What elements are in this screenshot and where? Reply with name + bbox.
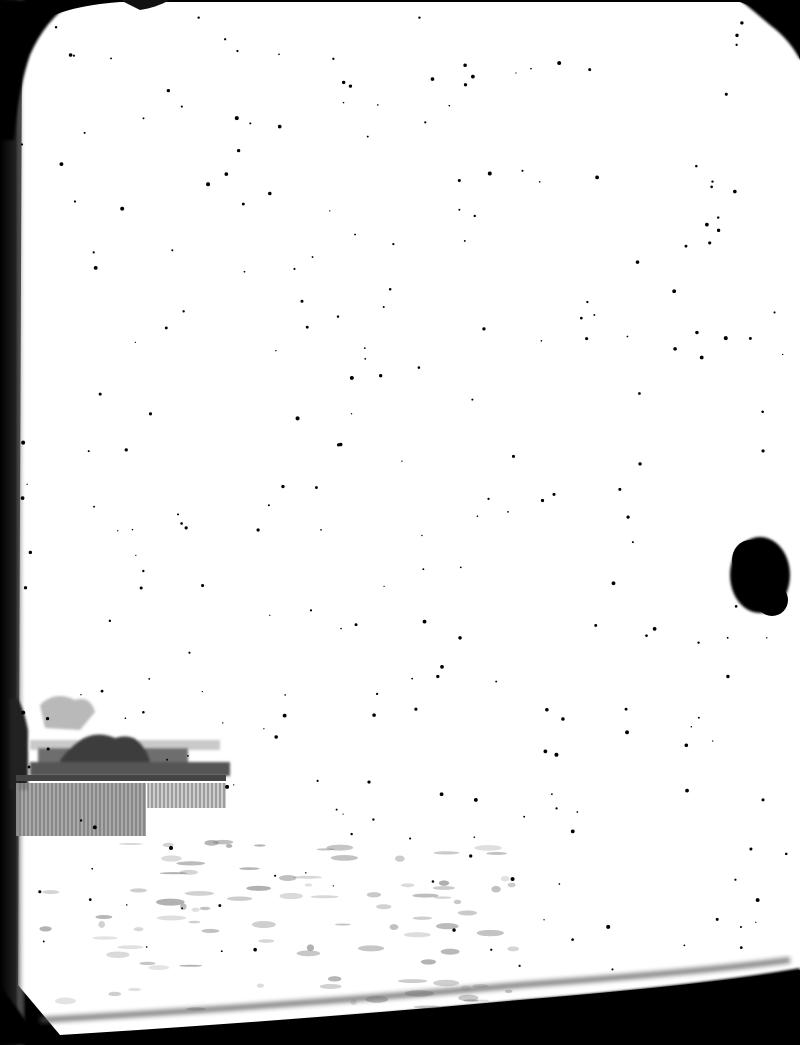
left-plate-edge — [0, 0, 26, 1045]
plate-area — [18, 2, 800, 1035]
photograph — [0, 0, 800, 1045]
